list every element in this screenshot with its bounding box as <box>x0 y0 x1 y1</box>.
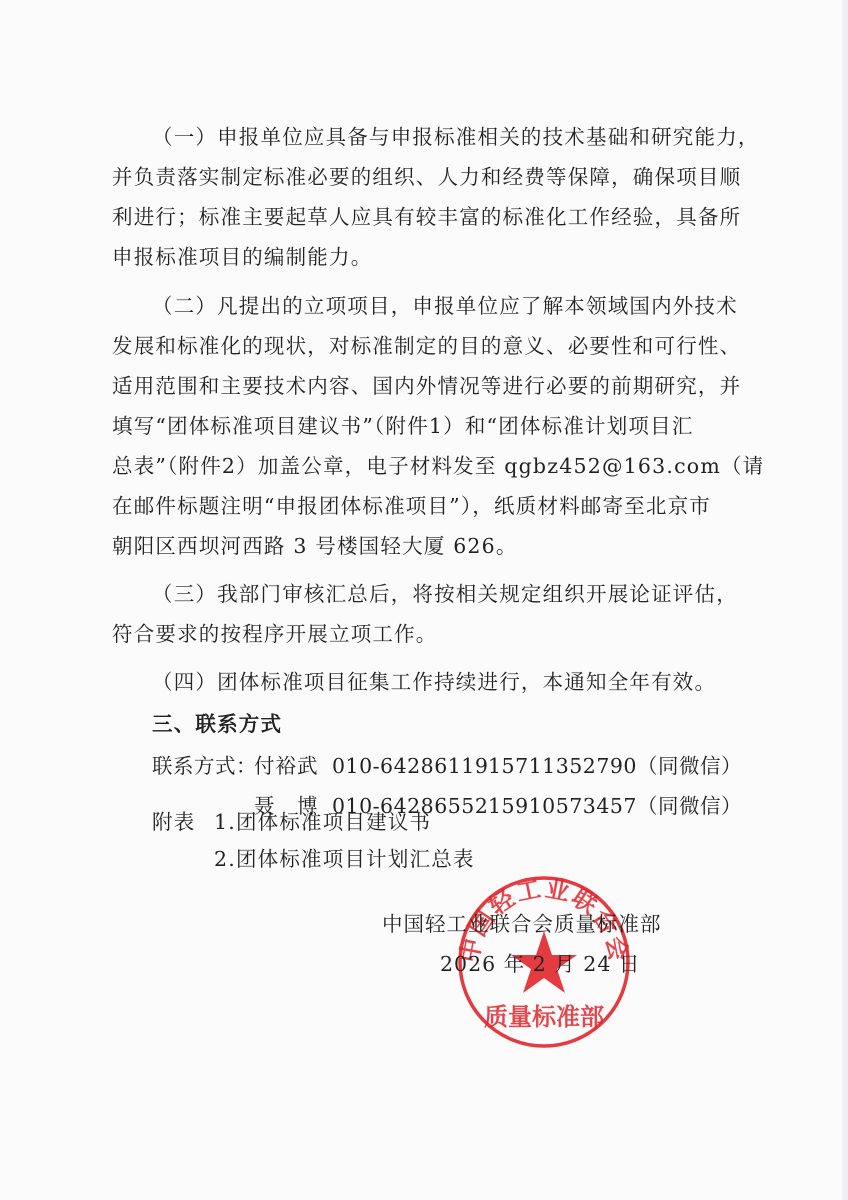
section-heading: 三、联系方式 <box>152 710 762 738</box>
document-page: （一）申报单位应具备与申报标准相关的技术基础和研究能力， 并负责落实制定标准必要… <box>0 0 848 1200</box>
svg-text:质量标准部: 质量标准部 <box>484 1003 604 1031</box>
paragraph-1-line-3: 利进行；标准主要起草人应具有较丰富的标准化工作经验，具备所 <box>112 203 722 231</box>
attachment-item-2: 2.团体标准项目计划汇总表 <box>214 845 824 873</box>
paragraph-1-line-2: 并负责落实制定标准必要的组织、人力和经费等保障，确保项目顺 <box>112 163 722 191</box>
paragraph-2-line-6: 在邮件标题注明“申报团体标准项目”），纸质材料邮寄至北京市 <box>112 492 722 520</box>
paragraph-2-line-1: （二）凡提出的立项项目，申报单位应了解本领域国内外技术 <box>152 292 762 320</box>
paragraph-3-line-1: （三）我部门审核汇总后，将按相关规定组织开展论证评估， <box>152 580 762 608</box>
contact-mobile: 15711352790（同微信） <box>488 752 742 780</box>
contact-label: 联系方式： <box>152 752 254 780</box>
attachment-item-1: 1.团体标准项目建议书 <box>214 810 431 834</box>
contact-tel: 010-64286119 <box>332 752 488 780</box>
paragraph-1-line-1: （一）申报单位应具备与申报标准相关的技术基础和研究能力， <box>152 123 762 151</box>
paragraph-2-line-2: 发展和标准化的现状，对标准制定的目的意义、必要性和可行性、 <box>112 332 722 360</box>
contact-name: 付裕武 <box>254 752 332 780</box>
page-edge <box>842 0 848 1200</box>
paragraph-2-line-7: 朝阳区西坝河西路 3 号楼国轻大厦 626。 <box>112 532 722 560</box>
signature-date: 2026 年 2 月 24 日 <box>440 947 640 977</box>
contact-row-1: 联系方式：付裕武010-6428611915711352790（同微信） <box>152 752 762 780</box>
paragraph-1-line-4: 申报标准项目的编制能力。 <box>112 243 722 271</box>
signature-org: 中国轻工业联合会质量标准部 <box>382 907 662 937</box>
paragraph-2-line-3: 适用范围和主要技术内容、国内外情况等进行必要的前期研究，并 <box>112 372 722 400</box>
attachments-label: 附表1.团体标准项目建议书 <box>152 808 762 836</box>
paragraph-3-line-2: 符合要求的按程序开展立项工作。 <box>112 620 722 648</box>
paragraph-2-line-5: 总表”（附件2）加盖公章，电子材料发至 qgbz452@163.com（请 <box>112 452 722 480</box>
paragraph-2-line-4: 填写“团体标准项目建议书”（附件1）和“团体标准计划项目汇 <box>112 412 722 440</box>
paragraph-4-line-1: （四）团体标准项目征集工作持续进行，本通知全年有效。 <box>152 668 762 696</box>
attachments-label-text: 附表 <box>152 808 214 836</box>
